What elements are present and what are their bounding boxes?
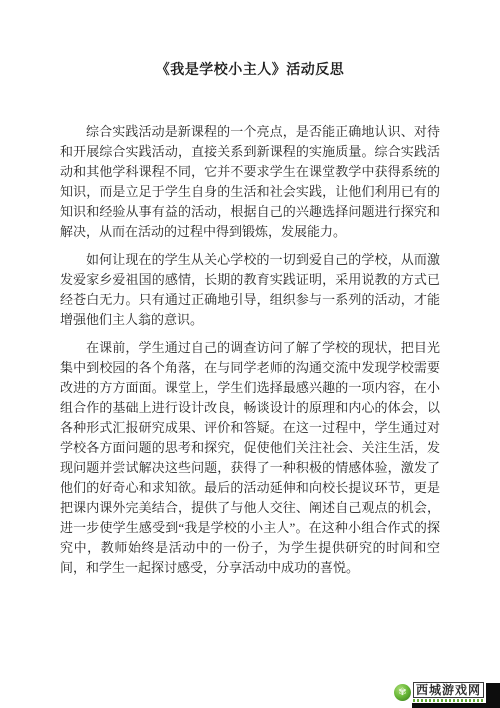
paragraph-2: 如何让现在的学生从关心学校的一切到爱自己的学校，从而激发爱家乡爱祖国的感情，长期… xyxy=(60,250,440,330)
site-watermark: ✾ 西城游戏网 xyxy=(392,679,500,708)
paragraph-3: 在课前，学生通过自己的调查访问了解了学校的现状，把目光集中到校园的各个角落，在与… xyxy=(60,338,440,578)
watermark-caption-line xyxy=(413,699,484,702)
paragraph-1: 综合实践活动是新课程的一个亮点，是否能正确地认识、对待和开展综合实践活动，直接关… xyxy=(60,122,440,242)
document-page: 《我是学校小主人》活动反思 综合实践活动是新课程的一个亮点，是否能正确地认识、对… xyxy=(0,0,500,578)
watermark-text-column: 西城游戏网 xyxy=(413,682,484,702)
site-name-label: 西城游戏网 xyxy=(413,682,484,698)
document-title: 《我是学校小主人》活动反思 xyxy=(60,61,440,81)
watermark-badge: ✾ 西城游戏网 xyxy=(393,681,486,703)
site-logo-icon: ✾ xyxy=(394,684,411,701)
